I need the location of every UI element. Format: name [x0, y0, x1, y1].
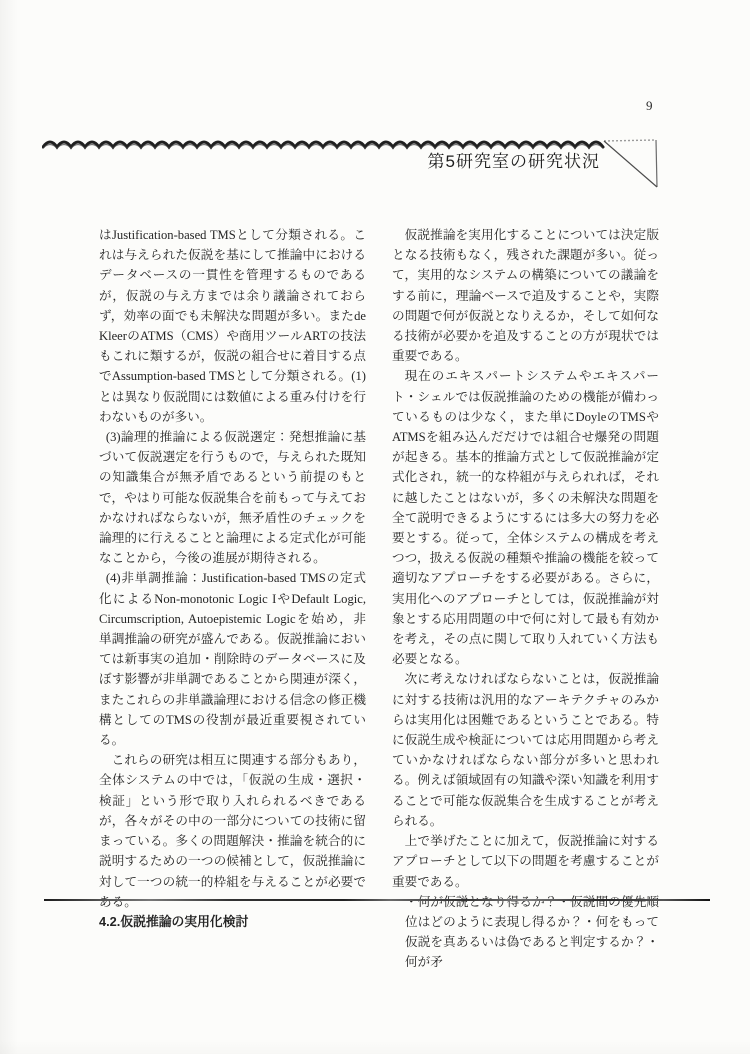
left-paragraph-2: (3)論理的推論による仮説選定：発想推論に基づいて仮説選定を行うもので，与えられ…	[99, 427, 366, 568]
left-paragraph-3: (4)非単調推論：Justification-based TMSの定式化によるN…	[99, 568, 366, 750]
right-paragraph-4: 上で挙げたことに加えて，仮説推論に対するアプローチとして以下の問題を考慮すること…	[392, 831, 659, 892]
two-column-text-area: はJustification-based TMSとして分類される。これは与えられ…	[99, 225, 659, 973]
left-column: はJustification-based TMSとして分類される。これは与えられ…	[99, 225, 366, 973]
right-column-paragraphs: 仮説推論を実用化することについては決定版となる技術もなく，残された課題が多い。従…	[392, 225, 659, 973]
left-paragraph-5: 4.2.仮説推論の実用化検討	[99, 912, 366, 932]
page-header-title: 第5研究室の研究状況	[280, 147, 600, 172]
right-paragraph-5: ・何が仮説となり得るか？・仮説間の優先順位はどのように表現し得るか？・何をもって…	[398, 892, 659, 973]
bottom-margin-rule	[44, 899, 710, 901]
right-column: 仮説推論を実用化することについては決定版となる技術もなく，残された課題が多い。従…	[392, 225, 659, 973]
right-paragraph-1: 仮説推論を実用化することについては決定版となる技術もなく，残された課題が多い。従…	[392, 225, 659, 366]
left-column-paragraphs: はJustification-based TMSとして分類される。これは与えられ…	[99, 225, 366, 932]
left-paragraph-1: はJustification-based TMSとして分類される。これは与えられ…	[99, 225, 366, 427]
scanned-document-page: 9 第5研究室の研究状況 はJustification-based TMSとして…	[0, 0, 750, 1054]
right-paragraph-2: 現在のエキスパートシステムやエキスパート・シェルでは仮説推論のための機能が備わっ…	[392, 366, 659, 669]
right-paragraph-3: 次に考えなければならないことは，仮説推論に対する技術は汎用的なアーキテクチャのみ…	[392, 669, 659, 831]
left-paragraph-4: これらの研究は相互に関連する部分もあり，全体システムの中では，「仮説の生成・選択…	[99, 750, 366, 912]
page-number: 9	[646, 98, 653, 114]
corner-triangle-ornament	[598, 135, 664, 193]
